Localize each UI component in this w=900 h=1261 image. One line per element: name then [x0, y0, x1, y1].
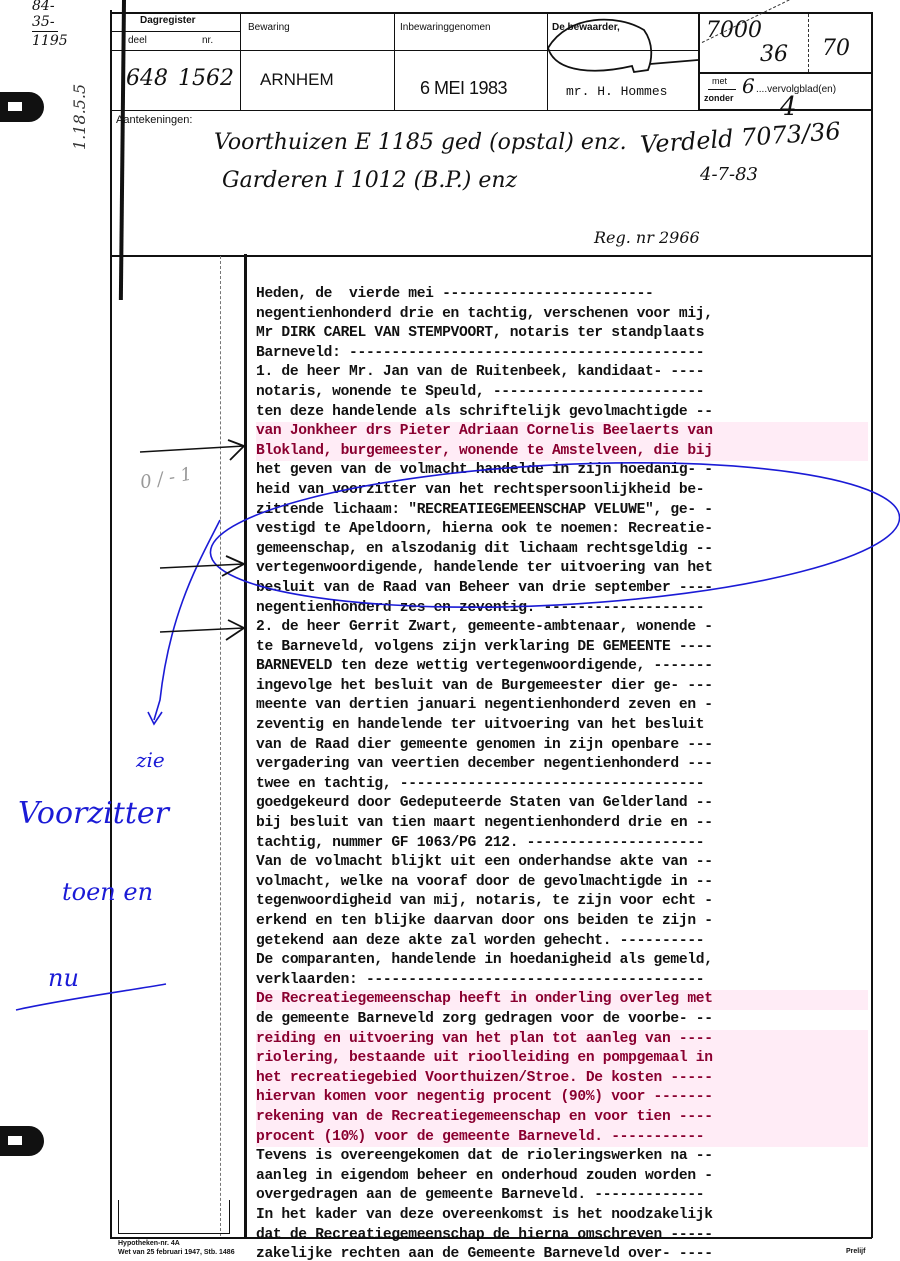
side-note-line-1: Voorzitter — [18, 796, 169, 831]
side-note-zie: zie — [136, 748, 165, 772]
footer-right-code: Prelijf — [846, 1248, 865, 1255]
document-page: 84- 35- 1195 1.18.5.5 Dagregister deel n… — [0, 0, 900, 1261]
footer-line-1: Hypotheken-nr. 4A — [118, 1240, 180, 1247]
black-arrows — [0, 0, 900, 1261]
footer-line-2: Wet van 25 februari 1947, Stb. 1486 — [118, 1249, 235, 1256]
side-note-line-2: toen en — [62, 878, 153, 906]
footer-left-box — [118, 1200, 230, 1234]
side-note-line-3: nu — [48, 964, 79, 992]
